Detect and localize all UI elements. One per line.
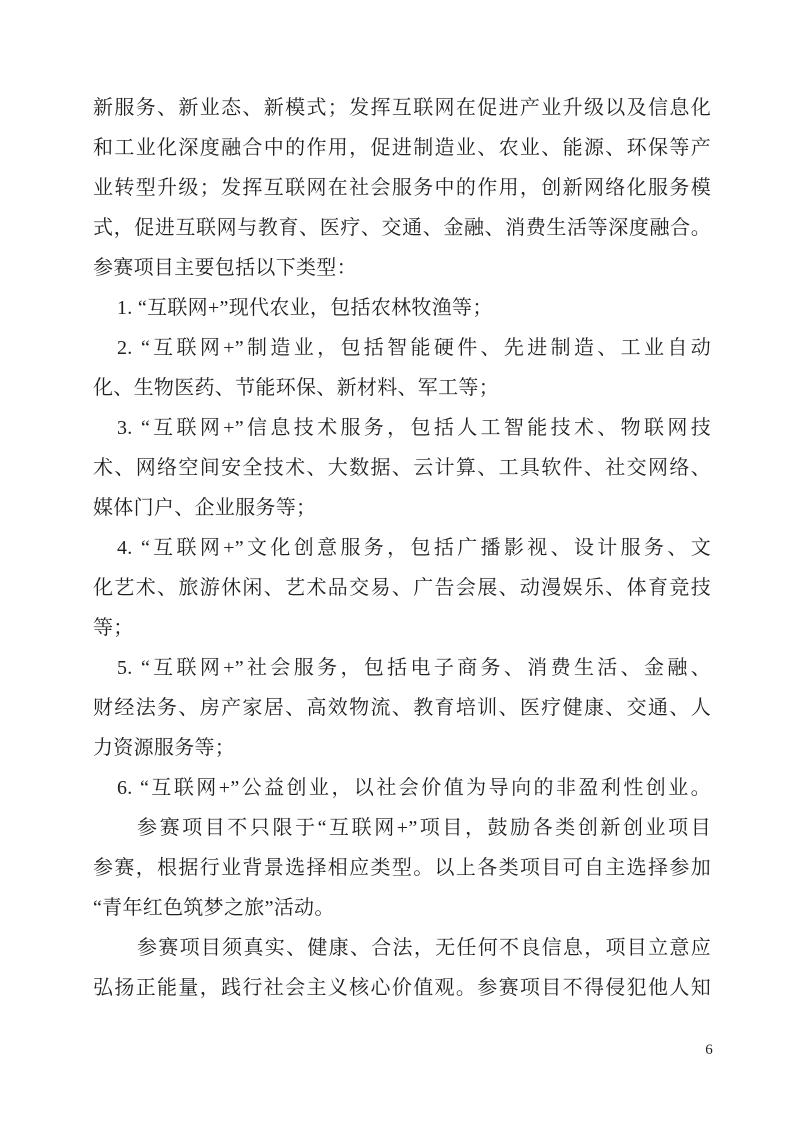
text-line: 参赛项目须真实、健康、合法，无任何不良信息，项目立意应 bbox=[93, 928, 711, 968]
text-line: 2. “互联网+”制造业，包括智能硬件、先进制造、工业自动 bbox=[93, 328, 711, 368]
text-line: 弘扬正能量，践行社会主义核心价值观。参赛项目不得侵犯他人知 bbox=[93, 968, 711, 1008]
text-line: 等； bbox=[93, 608, 711, 648]
text-line: 业转型升级；发挥互联网在社会服务中的作用，创新网络化服务模 bbox=[93, 168, 711, 208]
text-line: 4. “互联网+”文化创意服务，包括广播影视、设计服务、文 bbox=[93, 528, 711, 568]
document-body: 新服务、新业态、新模式；发挥互联网在促进产业升级以及信息化和工业化深度融合中的作… bbox=[93, 88, 711, 1008]
text-line: 1. “互联网+”现代农业，包括农林牧渔等； bbox=[93, 288, 711, 328]
text-line: “青年红色筑梦之旅”活动。 bbox=[93, 888, 711, 928]
text-line: 化艺术、旅游休闲、艺术品交易、广告会展、动漫娱乐、体育竞技 bbox=[93, 568, 711, 608]
document-page: 新服务、新业态、新模式；发挥互联网在促进产业升级以及信息化和工业化深度融合中的作… bbox=[0, 0, 793, 1122]
text-line: 财经法务、房产家居、高效物流、教育培训、医疗健康、交通、人 bbox=[93, 688, 711, 728]
text-line: 6. “互联网+”公益创业，以社会价值为导向的非盈利性创业。 bbox=[93, 768, 711, 808]
text-line: 3. “互联网+”信息技术服务，包括人工智能技术、物联网技 bbox=[93, 408, 711, 448]
text-line: 5. “互联网+”社会服务，包括电子商务、消费生活、金融、 bbox=[93, 648, 711, 688]
text-line: 媒体门户、企业服务等； bbox=[93, 488, 711, 528]
text-line: 力资源服务等； bbox=[93, 728, 711, 768]
text-line: 式，促进互联网与教育、医疗、交通、金融、消费生活等深度融合。 bbox=[93, 208, 711, 248]
text-line: 参赛，根据行业背景选择相应类型。以上各类项目可自主选择参加 bbox=[93, 848, 711, 888]
text-line: 新服务、新业态、新模式；发挥互联网在促进产业升级以及信息化 bbox=[93, 88, 711, 128]
text-line: 参赛项目主要包括以下类型： bbox=[93, 248, 711, 288]
text-line: 化、生物医药、节能环保、新材料、军工等； bbox=[93, 368, 711, 408]
text-line: 参赛项目不只限于“互联网+”项目，鼓励各类创新创业项目 bbox=[93, 808, 711, 848]
page-number: 6 bbox=[697, 1040, 721, 1060]
text-line: 和工业化深度融合中的作用，促进制造业、农业、能源、环保等产 bbox=[93, 128, 711, 168]
text-line: 术、网络空间安全技术、大数据、云计算、工具软件、社交网络、 bbox=[93, 448, 711, 488]
